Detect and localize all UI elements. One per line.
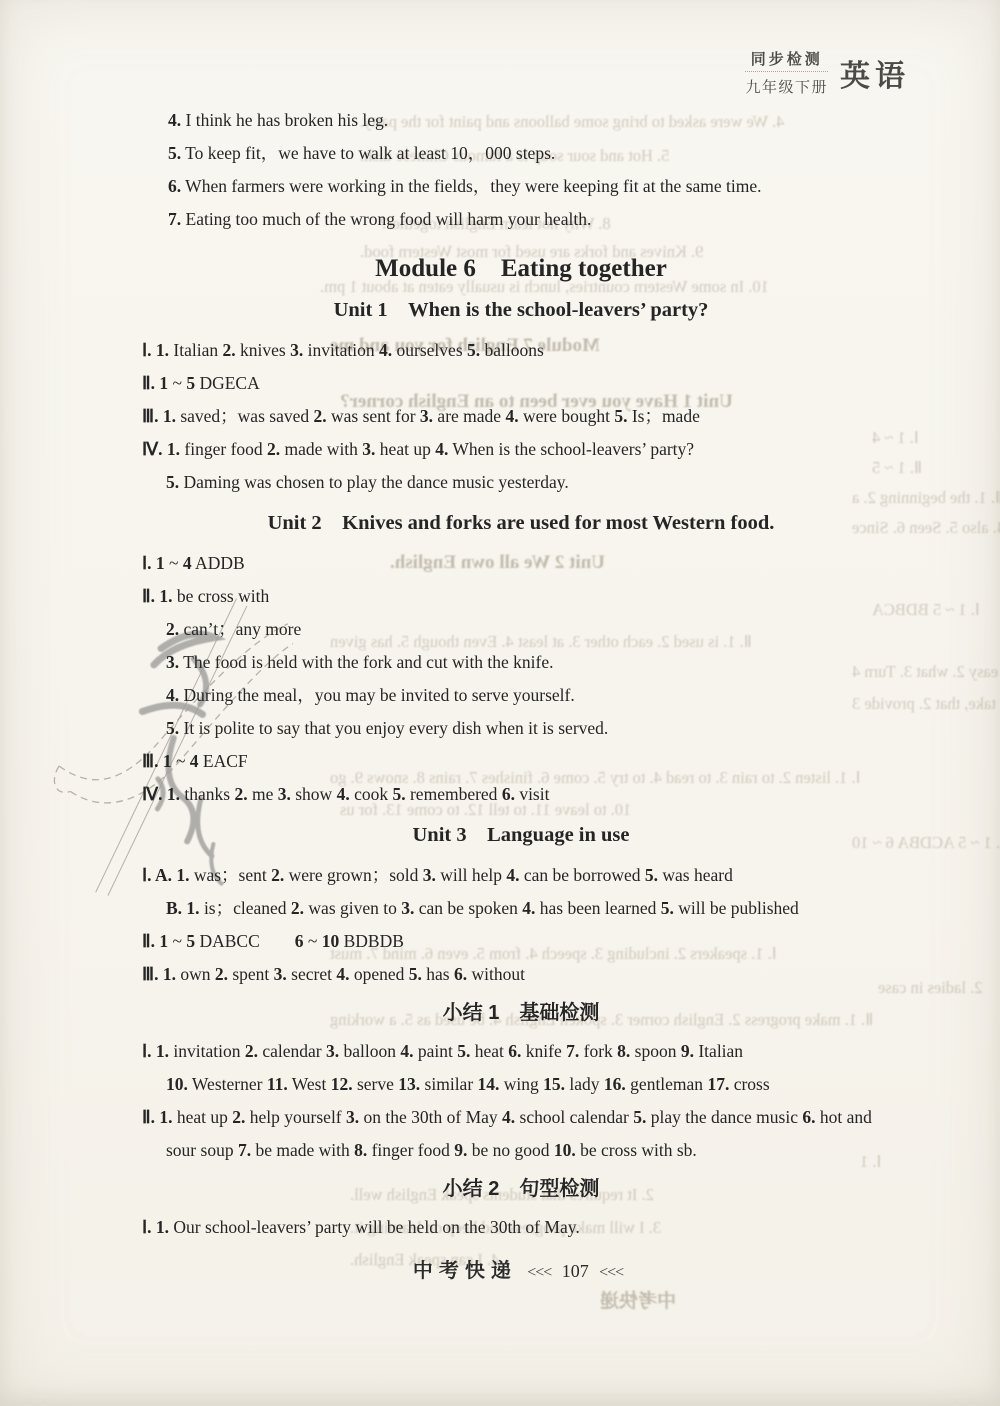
unit-heading: Unit 2 Knives and forks are used for mos… — [142, 509, 900, 537]
answer-line: Ⅰ. 1. Our school-leavers’ party will be … — [142, 1211, 900, 1244]
exercise-item: 6. When farmers were working in the fiel… — [168, 170, 900, 203]
answer-line: Ⅳ. 1. thanks 2. me 3. show 4. cook 5. re… — [142, 778, 900, 811]
answer-subline: B. 1. is；cleaned 2. was given to 3. can … — [166, 892, 900, 925]
summary-heading: 小结 1 基础检测 — [142, 999, 900, 1027]
answer-line: Ⅱ. 1. heat up 2. help yourself 3. on the… — [142, 1101, 900, 1167]
answer-line: Ⅱ. 1. be cross with — [142, 580, 900, 613]
unit-heading: Unit 3 Language in use — [142, 821, 900, 849]
answer-line: Ⅲ. 1 ~ 4 EACF — [142, 745, 900, 778]
answer-body: 4. I think he has broken his leg.5. To k… — [0, 0, 1000, 1283]
answer-subline: 2. can’t；any more — [166, 613, 900, 646]
brand-label: 中考快递 — [413, 1260, 517, 1282]
answer-line: Ⅰ. 1 ~ 4 ADDB — [142, 547, 900, 580]
answer-line: Ⅲ. 1. own 2. spent 3. secret 4. opened 5… — [142, 958, 900, 991]
answer-line: Ⅰ. 1. invitation 2. calendar 3. balloon … — [142, 1035, 900, 1068]
answer-line: Ⅳ. 1. finger food 2. made with 3. heat u… — [142, 433, 900, 466]
unit-heading: Unit 1 When is the school-leavers’ party… — [142, 296, 900, 324]
answer-subline: 5. Daming was chosen to play the dance m… — [166, 466, 900, 499]
answer-line: Ⅱ. 1 ~ 5 DGECA — [142, 367, 900, 400]
answer-line: Ⅱ. 1 ~ 5 DABCC 6 ~ 10 BDBDB — [142, 925, 900, 958]
answer-line: Ⅲ. 1. saved；was saved 2. was sent for 3.… — [142, 400, 900, 433]
exercise-item: 7. Eating too much of the wrong food wil… — [168, 203, 900, 236]
answer-subline: 5. It is polite to say that you enjoy ev… — [166, 712, 900, 745]
module-heading: Module 6 Eating together — [142, 252, 900, 286]
answer-subline: 10. Westerner 11. West 12. serve 13. sim… — [166, 1068, 900, 1101]
answer-subline: 4. During the meal，you may be invited to… — [166, 679, 900, 712]
answer-line: Ⅰ. 1. Italian 2. knives 3. invitation 4.… — [142, 334, 900, 367]
exercise-item: 4. I think he has broken his leg. — [168, 104, 900, 137]
page-footer: 中考快递 <<< 107 <<< — [142, 1254, 900, 1283]
right-arrows: <<< — [599, 1264, 623, 1281]
left-arrows: <<< — [527, 1264, 551, 1281]
bleedthrough-text: 中考快递 — [600, 1292, 676, 1312]
page-number: 107 — [562, 1261, 589, 1281]
answer-subline: 3. The food is held with the fork and cu… — [166, 646, 900, 679]
answer-line: Ⅰ. A. 1. was；sent 2. were grown；sold 3. … — [142, 859, 900, 892]
summary-heading: 小结 2 句型检测 — [142, 1175, 900, 1203]
exercise-item: 5. To keep fit，we have to walk at least … — [168, 137, 900, 170]
workbook-answer-page: 4. We were asked to bring some balloons … — [0, 0, 1000, 1406]
